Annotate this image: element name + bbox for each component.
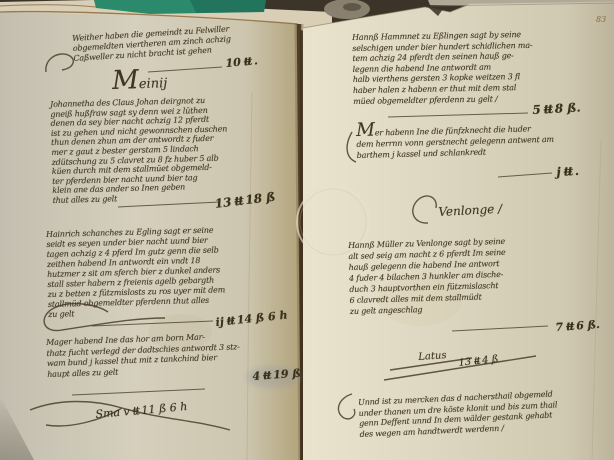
pound-symbol: tt [243,55,251,69]
manuscript-photo: Weither haben die gemeindt zu Felwillero… [0,0,614,460]
left-paragraph-4: Mager habend Ine das hor am born Mar-tha… [46,331,241,380]
pound-symbol: tt [263,369,271,382]
pound-symbol: tt [474,356,480,367]
right-paragraph-2: Mer habenn Ine die fünfzknecht die huder… [356,123,554,161]
right-paragraph-3: Hannß Müller zu Venlonge sagt by seineal… [348,236,507,317]
right-paragraph-1: Hannß Hammnet zu Eßlingen sagt by seines… [352,30,533,107]
left-paragraph-3: Hainrich schanches zu Egling sagt er sei… [46,225,226,320]
board-patch-dark [343,3,361,11]
right-paragraph-4: Unnd ist zu mercken das d nachersthail o… [358,389,558,440]
left-section-heading: Meinij [112,76,168,93]
pound-symbol: tt [563,164,572,178]
right-amount-2: jtt. [556,164,579,179]
pound-symbol: tt [132,404,139,417]
pound-symbol: tt [543,102,552,116]
pound-symbol: tt [234,194,244,209]
latus-label: Latus [418,350,447,363]
pound-symbol: tt [566,320,574,333]
right-amount-1: 5tt8 ß. [532,100,581,117]
left-paragraph-2: Johannetha des Claus Johan deirgnot zugn… [50,95,229,205]
pound-symbol: tt [226,314,234,328]
green-cloth-shadow [190,0,266,13]
page-number: 83 [596,15,606,24]
